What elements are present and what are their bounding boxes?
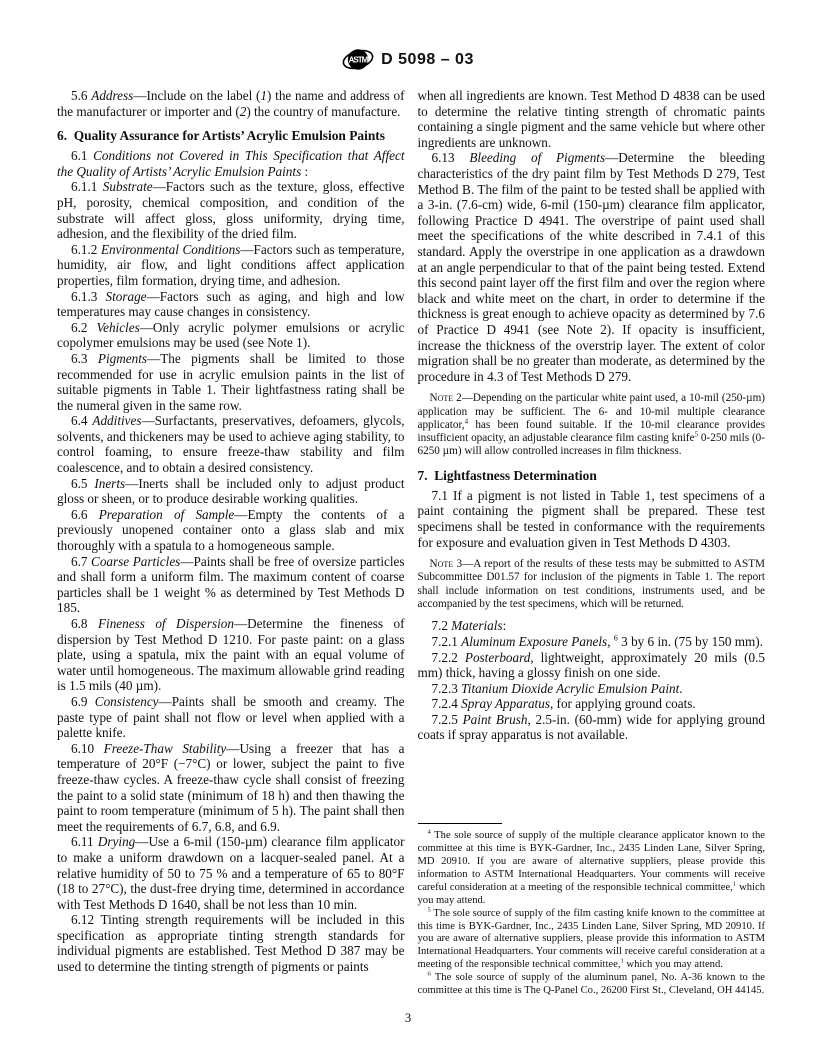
body-paragraph: 6.13 Bleeding of Pigments—Determine the … [418, 150, 766, 384]
note-paragraph: Note 3—A report of the results of these … [418, 558, 766, 611]
body-paragraph: 6.2 Vehicles—Only acrylic polymer emulsi… [57, 320, 405, 351]
body-paragraph: 6.6 Preparation of Sample—Empty the cont… [57, 507, 405, 554]
body-paragraph: 5.6 Address—Include on the label (1) the… [57, 88, 405, 119]
footnote: 4 The sole source of supply of the multi… [418, 830, 766, 907]
body-paragraph: 6.12 Tinting strength requirements will … [57, 912, 405, 974]
body-paragraph: 7.2.4 Spray Apparatus, for applying grou… [418, 696, 766, 712]
section-heading: 6. Quality Assurance for Artists’ Acryli… [57, 128, 405, 144]
body-paragraph: 6.1 Conditions not Covered in This Speci… [57, 148, 405, 179]
body-paragraph: 6.7 Coarse Particles—Paints shall be fre… [57, 554, 405, 616]
body-paragraph: 6.8 Fineness of Dispersion—Determine the… [57, 616, 405, 694]
section-heading: 7. Lightfastness Determination [418, 468, 766, 484]
body-paragraph: 6.4 Additives—Surfactants, preservatives… [57, 413, 405, 475]
body-paragraph: 6.5 Inerts—Inerts shall be included only… [57, 476, 405, 507]
body-paragraph: 6.1.1 Substrate—Factors such as the text… [57, 179, 405, 241]
footnote-separator [418, 823, 502, 824]
svg-text:ASTM: ASTM [349, 55, 369, 64]
footnote: 5 The sole source of supply of the film … [418, 908, 766, 973]
page-header: ASTM D 5098 – 03 [0, 46, 816, 73]
standard-designation: D 5098 – 03 [381, 51, 474, 69]
body-paragraph: when all ingredients are known. Test Met… [418, 88, 766, 150]
body-paragraph: 6.1.3 Storage—Factors such as aging, and… [57, 289, 405, 320]
body-paragraph: 6.3 Pigments—The pigments shall be limit… [57, 351, 405, 413]
document-page: ASTM D 5098 – 03 5.6 Address—Include on … [0, 0, 816, 1056]
two-column-body: 5.6 Address—Include on the label (1) the… [57, 88, 765, 1000]
body-paragraph: 6.1.2 Environmental Conditions—Factors s… [57, 242, 405, 289]
body-paragraph: 7.2 Materials: [418, 618, 766, 634]
body-paragraph: 6.10 Freeze-Thaw Stability—Using a freez… [57, 741, 405, 835]
footnote-list: 4 The sole source of supply of the multi… [418, 830, 766, 998]
page-footer: 3 [0, 1011, 816, 1026]
note-paragraph: Note 2—Depending on the particular white… [418, 392, 766, 458]
body-paragraph: 6.9 Consistency—Paints shall be smooth a… [57, 694, 405, 741]
left-column: 5.6 Address—Include on the label (1) the… [57, 88, 405, 1000]
right-column: when all ingredients are known. Test Met… [418, 88, 766, 1000]
page-number: 3 [405, 1011, 411, 1025]
footnotes-section: 4 The sole source of supply of the multi… [418, 823, 766, 1000]
astm-logo-icon: ASTM [342, 46, 374, 73]
footnote: 6 The sole source of supply of the alumi… [418, 972, 766, 998]
body-paragraph: 7.2.3 Titanium Dioxide Acrylic Emulsion … [418, 681, 766, 697]
body-paragraph: 7.2.1 Aluminum Exposure Panels, 6 3 by 6… [418, 634, 766, 650]
body-paragraph: 6.11 Drying—Use a 6-mil (150-µm) clearan… [57, 834, 405, 912]
body-paragraph: 7.2.2 Posterboard, lightweight, approxim… [418, 650, 766, 681]
right-column-text: when all ingredients are known. Test Met… [418, 88, 766, 743]
body-paragraph: 7.2.5 Paint Brush, 2.5-in. (60-mm) wide … [418, 712, 766, 743]
body-paragraph: 7.1 If a pigment is not listed in Table … [418, 488, 766, 550]
